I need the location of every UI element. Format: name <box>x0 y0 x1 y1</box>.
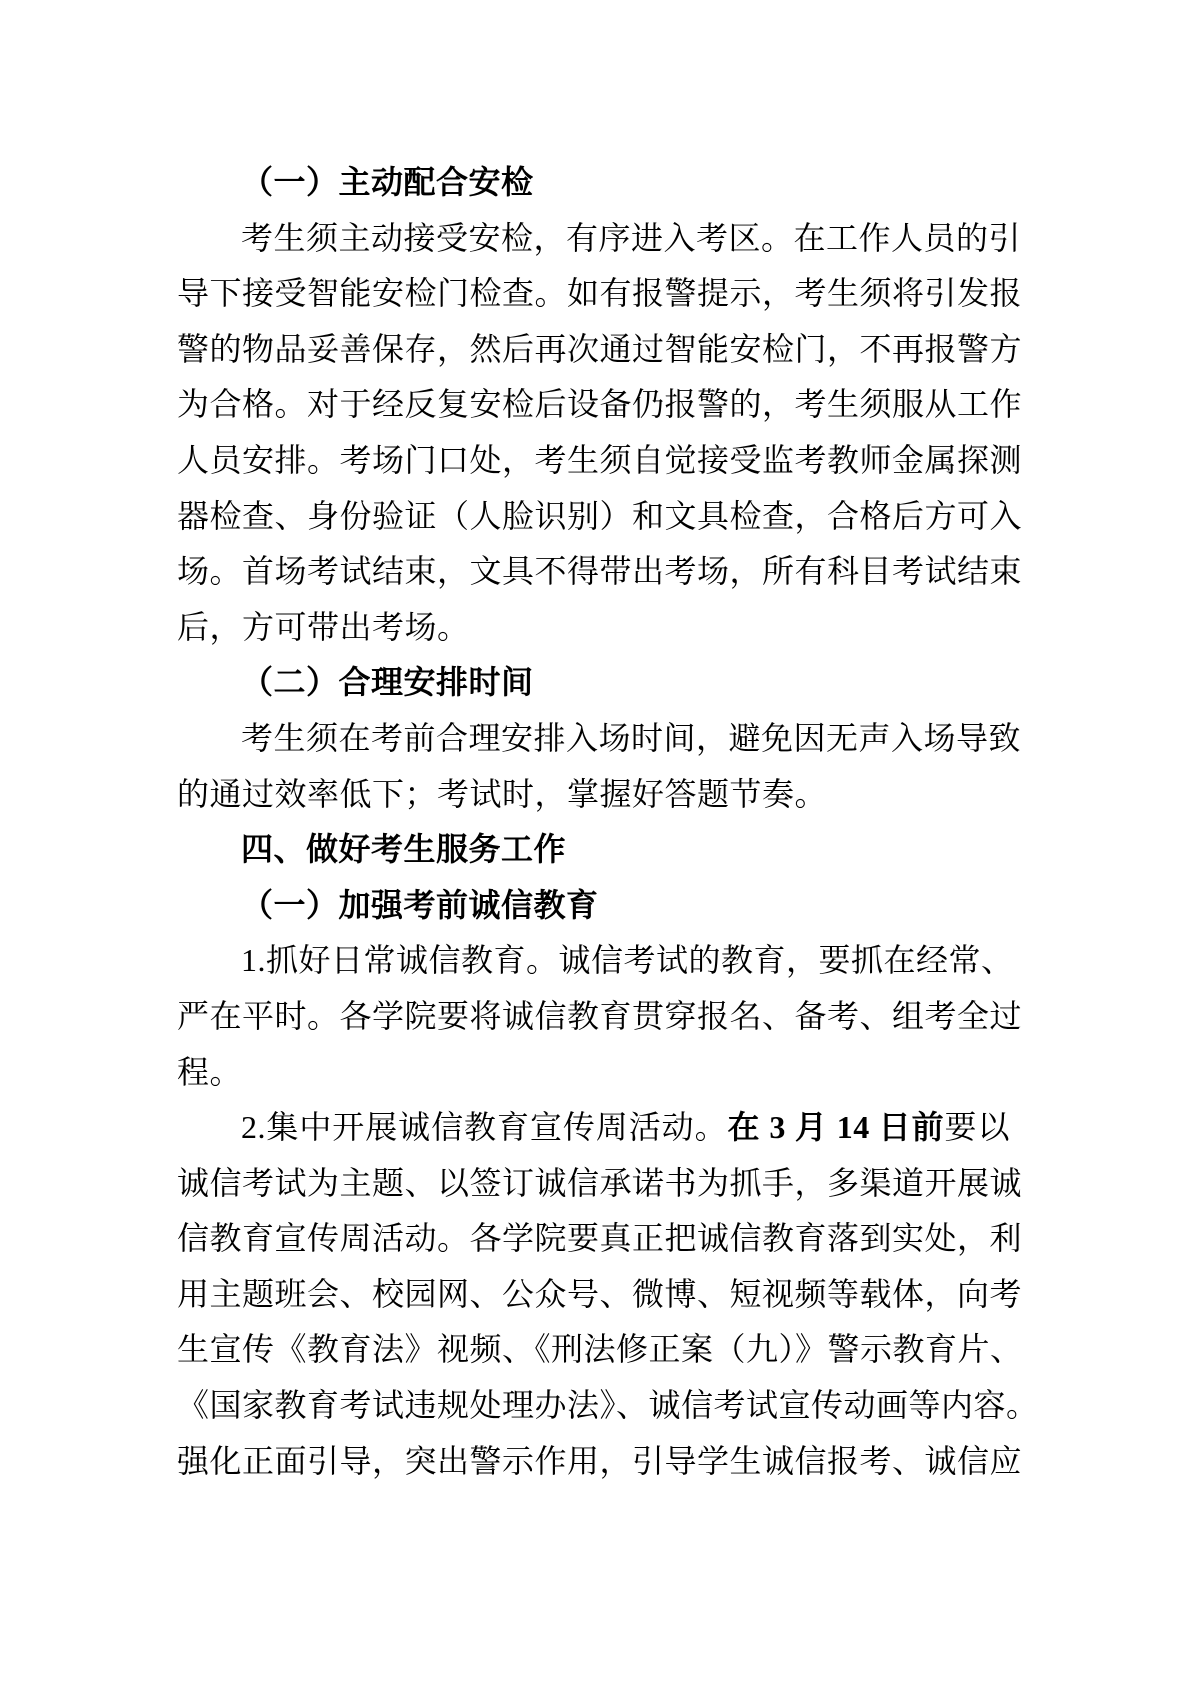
text-line: 考生须主动接受安检，有序进入考区。在工作人员的引 <box>177 211 1010 267</box>
paragraph: 考生须主动接受安检，有序进入考区。在工作人员的引导下接受智能安检门检查。如有报警… <box>177 211 1010 656</box>
text-line: 严在平时。各学院要将诚信教育贯穿报名、备考、组考全过 <box>177 989 1010 1045</box>
text-run: 严在平时。各学院要将诚信教育贯穿报名、备考、组考全过 <box>177 998 1022 1034</box>
text-run: 用主题班会、校园网、公众号、微博、短视频等载体，向考 <box>177 1276 1022 1312</box>
text-run: 后，方可带出考场。 <box>177 609 470 645</box>
text-line: 强化正面引导，突出警示作用，引导学生诚信报考、诚信应 <box>177 1434 1010 1490</box>
text-line: 的通过效率低下；考试时，掌握好答题节奏。 <box>177 767 1010 823</box>
section-subheading: （二）合理安排时间 <box>177 655 1010 711</box>
heading-line: （二）合理安排时间 <box>177 655 1010 711</box>
text-line: 导下接受智能安检门检查。如有报警提示，考生须将引发报 <box>177 266 1010 322</box>
section-subheading: （一）加强考前诚信教育 <box>177 878 1010 934</box>
text-line: 器检查、身份验证（人脸识别）和文具检查，合格后方可入 <box>177 489 1010 545</box>
text-line: 为合格。对于经反复安检后设备仍报警的，考生须服从工作 <box>177 377 1010 433</box>
bold-text-run: （一）加强考前诚信教育 <box>241 887 599 923</box>
text-run: 要以 <box>945 1109 1010 1145</box>
paragraph: 2.集中开展诚信教育宣传周活动。在 3 月 14 日前要以诚信考试为主题、以签订… <box>177 1100 1010 1489</box>
text-line: 《国家教育考试违规处理办法》、诚信考试宣传动画等内容。 <box>177 1378 1010 1434</box>
document-content: （一）主动配合安检考生须主动接受安检，有序进入考区。在工作人员的引导下接受智能安… <box>177 155 1010 1489</box>
text-run: 人员安排。考场门口处，考生须自觉接受监考教师金属探测 <box>177 442 1022 478</box>
paragraph: 考生须在考前合理安排入场时间，避免因无声入场导致的通过效率低下；考试时，掌握好答… <box>177 711 1010 822</box>
text-run: 为合格。对于经反复安检后设备仍报警的，考生须服从工作 <box>177 386 1022 422</box>
text-run: 考生须在考前合理安排入场时间，避免因无声入场导致 <box>241 720 1021 756</box>
text-run: 信教育宣传周活动。各学院要真正把诚信教育落到实处，利 <box>177 1220 1022 1256</box>
text-run: 诚信考试为主题、以签订诚信承诺书为抓手，多渠道开展诚 <box>177 1165 1022 1201</box>
text-line: 用主题班会、校园网、公众号、微博、短视频等载体，向考 <box>177 1267 1010 1323</box>
text-line: 信教育宣传周活动。各学院要真正把诚信教育落到实处，利 <box>177 1211 1010 1267</box>
text-line: 考生须在考前合理安排入场时间，避免因无声入场导致 <box>177 711 1010 767</box>
text-line: 场。首场考试结束，文具不得带出考场，所有科目考试结束 <box>177 544 1010 600</box>
text-line: 诚信考试为主题、以签订诚信承诺书为抓手，多渠道开展诚 <box>177 1156 1010 1212</box>
text-line: 1.抓好日常诚信教育。诚信考试的教育，要抓在经常、 <box>177 933 1010 989</box>
text-run: 强化正面引导，突出警示作用，引导学生诚信报考、诚信应 <box>177 1443 1022 1479</box>
text-line: 生宣传《教育法》视频、《刑法修正案（九）》警示教育片、 <box>177 1322 1010 1378</box>
text-run: 警的物品妥善保存，然后再次通过智能安检门，不再报警方 <box>177 331 1022 367</box>
heading-line: 四、做好考生服务工作 <box>177 822 1010 878</box>
heading-line: （一）加强考前诚信教育 <box>177 878 1010 934</box>
text-line: 警的物品妥善保存，然后再次通过智能安检门，不再报警方 <box>177 322 1010 378</box>
bold-text-run: 在 3 月 14 日前 <box>728 1109 945 1145</box>
bold-text-run: 四、做好考生服务工作 <box>241 831 566 867</box>
text-run: 器检查、身份验证（人脸识别）和文具检查，合格后方可入 <box>177 498 1022 534</box>
text-line: 程。 <box>177 1045 1010 1101</box>
heading-line: （一）主动配合安检 <box>177 155 1010 211</box>
bold-text-run: （二）合理安排时间 <box>241 664 534 700</box>
text-run: 《国家教育考试违规处理办法》、诚信考试宣传动画等内容。 <box>177 1387 1039 1423</box>
section-subheading: （一）主动配合安检 <box>177 155 1010 211</box>
paragraph: 1.抓好日常诚信教育。诚信考试的教育，要抓在经常、严在平时。各学院要将诚信教育贯… <box>177 933 1010 1100</box>
text-run: 考生须主动接受安检，有序进入考区。在工作人员的引 <box>241 220 1021 256</box>
section-heading: 四、做好考生服务工作 <box>177 822 1010 878</box>
bold-text-run: （一）主动配合安检 <box>241 164 534 200</box>
text-run: 的通过效率低下；考试时，掌握好答题节奏。 <box>177 776 827 812</box>
text-run: 导下接受智能安检门检查。如有报警提示，考生须将引发报 <box>177 275 1022 311</box>
document-page: （一）主动配合安检考生须主动接受安检，有序进入考区。在工作人员的引导下接受智能安… <box>0 0 1191 1684</box>
text-run: 2.集中开展诚信教育宣传周活动。 <box>241 1109 728 1145</box>
text-run: 场。首场考试结束，文具不得带出考场，所有科目考试结束 <box>177 553 1022 589</box>
text-line: 人员安排。考场门口处，考生须自觉接受监考教师金属探测 <box>177 433 1010 489</box>
text-line: 后，方可带出考场。 <box>177 600 1010 656</box>
text-line: 2.集中开展诚信教育宣传周活动。在 3 月 14 日前要以 <box>177 1100 1010 1156</box>
text-run: 程。 <box>177 1054 242 1090</box>
text-run: 1.抓好日常诚信教育。诚信考试的教育，要抓在经常、 <box>241 942 1014 978</box>
text-run: 生宣传《教育法》视频、《刑法修正案（九）》警示教育片、 <box>177 1331 1023 1367</box>
